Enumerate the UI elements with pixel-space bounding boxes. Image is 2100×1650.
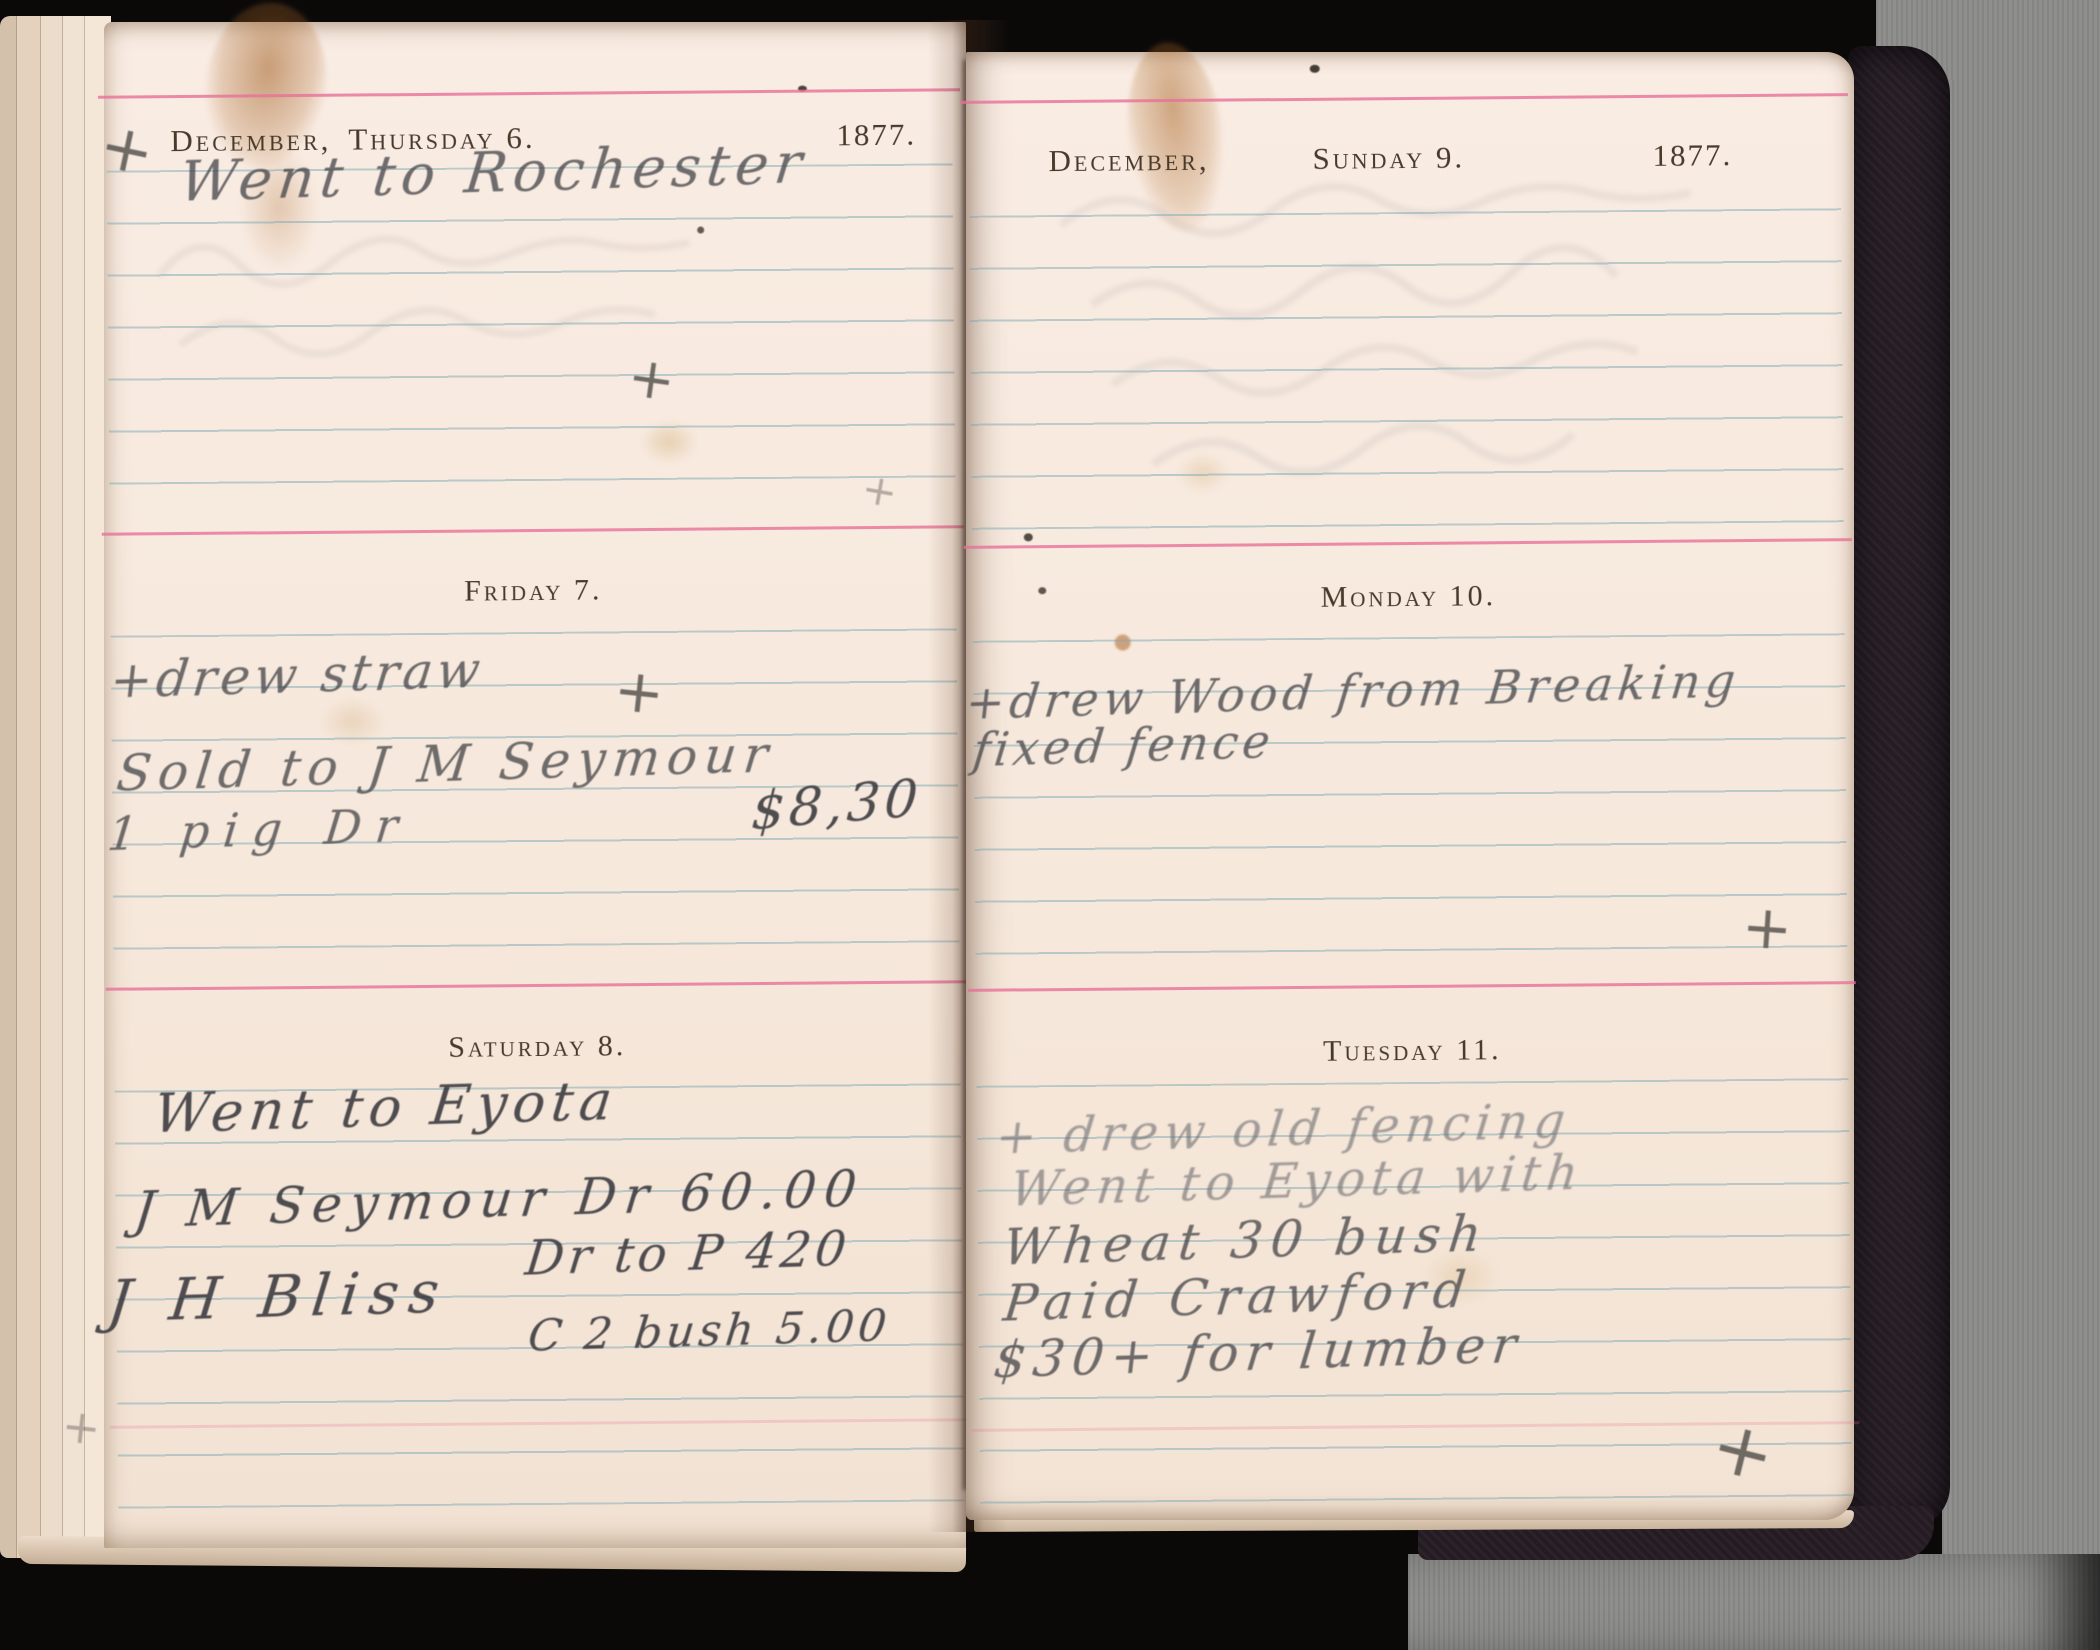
weekday-label: Tuesday 11. [1323,1033,1502,1068]
monday-header: Monday 10. [964,576,1852,618]
entry-line: 1 pig Dr [105,798,415,861]
pink-rule-line [106,980,968,990]
year-label: 1877. [836,117,916,154]
weekday-label: Sunday 9. [1312,139,1465,176]
pencil-cross-mark: + [611,660,667,725]
book-cover-right [1848,46,1950,1528]
entry-line: Dr to P 420 [523,1221,853,1287]
entry-line: C 2 bush 5.00 [525,1300,893,1362]
saturday-header: Saturday 8. [106,1026,968,1068]
scanner-background-bottom-right [1408,1554,2100,1650]
pink-rule-line [98,88,960,98]
tuesday-header: Tuesday 11. [968,1030,1856,1072]
entry-line: fixed fence [970,714,1277,777]
right-page: December, Sunday 9. 1877. Monday 10. +dr… [966,52,1854,1520]
diary-scan: December, Thursday 6. 1877. Went to Roch… [0,0,2100,1650]
pencil-cross-mark: + [1740,896,1794,959]
month-label: December, [1048,142,1209,179]
fleck [1024,533,1033,541]
right-date-header: December, Sunday 9. 1877. [960,136,1848,200]
year-label: 1877. [1652,137,1732,174]
left-page: December, Thursday 6. 1877. Went to Roch… [104,22,966,1548]
pink-rule-line [102,525,964,535]
pencil-cross-mark: + [624,349,678,411]
fleck [1310,65,1320,73]
page-edge [0,16,16,1558]
blue-rule-lines [969,208,1844,530]
scanner-background-right [1942,0,2100,1650]
entry-line: J H Bliss [104,1257,452,1335]
page-edge [62,16,85,1558]
pink-rule-line [964,538,1852,548]
pencil-cross-mark: + [859,467,901,514]
right-page-content: December, Sunday 9. 1877. Monday 10. +dr… [960,48,1861,1524]
page-edge [40,16,63,1558]
page-stack-edges [0,16,110,1558]
page-edge [16,16,41,1558]
entry-line: +drew straw [107,641,487,710]
left-page-content: December, Thursday 6. 1877. Went to Roch… [97,18,972,1551]
pink-rule-line [960,93,1848,103]
pencil-cross-mark: + [60,1402,103,1452]
pink-rule-line [968,981,1856,991]
friday-header: Friday 7. [102,570,964,612]
weekday-label: Friday 7. [464,573,603,607]
weekday-label: Monday 10. [1320,579,1496,614]
weekday-label: Saturday 8. [448,1029,626,1064]
